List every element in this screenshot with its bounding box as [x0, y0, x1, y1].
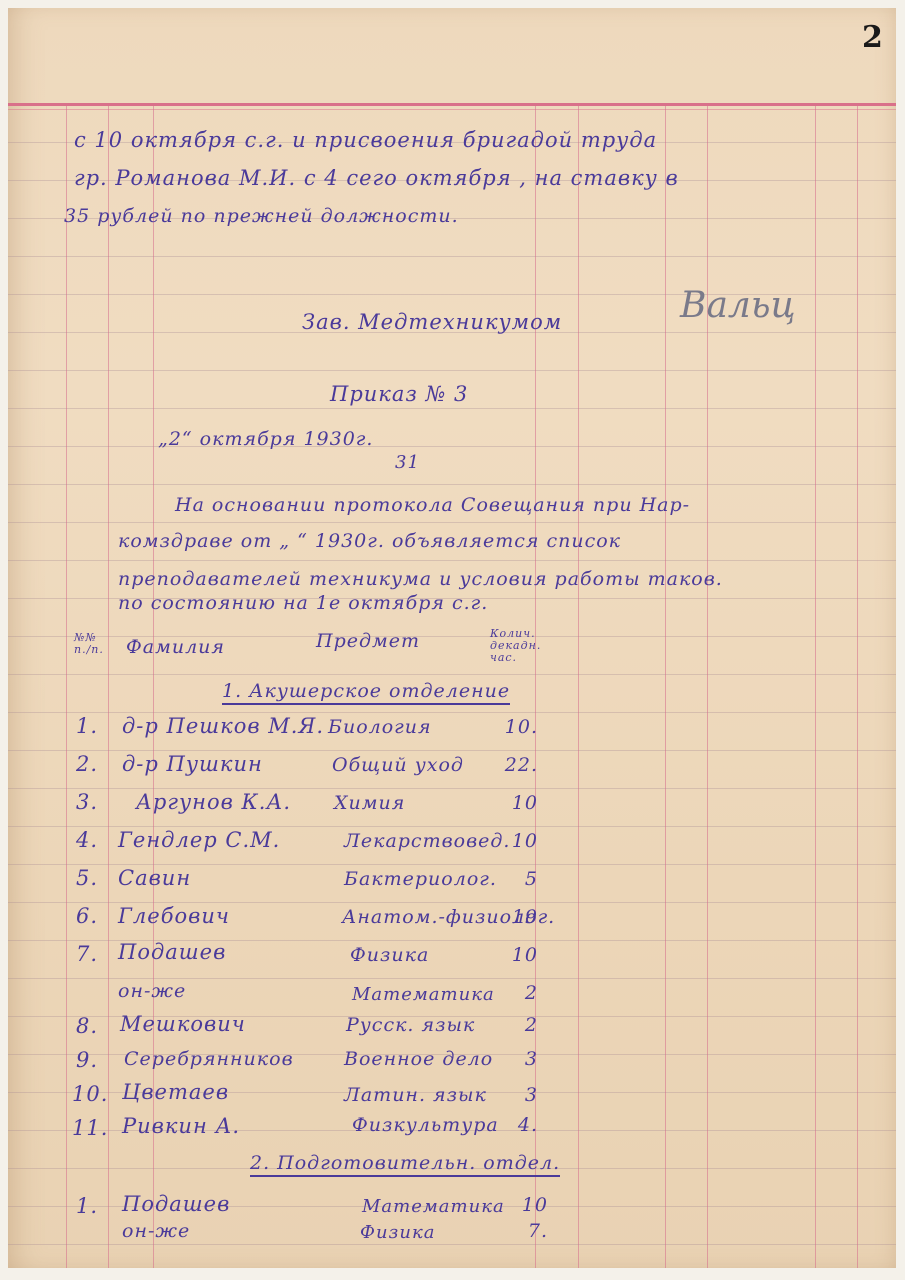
ruled-line — [8, 370, 896, 371]
row-subject: Общий уход — [332, 754, 464, 776]
ruled-line — [8, 788, 896, 789]
row-name: Ривкин А. — [122, 1114, 240, 1138]
row-number: 1. — [76, 714, 98, 738]
row-name: Глебович — [118, 904, 230, 928]
ruled-line — [8, 750, 896, 751]
row-hours: 2 — [498, 982, 538, 1004]
row-hours: 3 — [498, 1084, 538, 1106]
row-name: Подашев — [118, 940, 226, 964]
row-name: Мешкович — [120, 1012, 246, 1036]
row-subject: Физкультура — [352, 1114, 499, 1136]
ruled-line — [8, 712, 896, 713]
signature-title: Зав. Медтехникумом — [302, 310, 562, 334]
row-name: Гендлер С.М. — [118, 828, 280, 852]
ruled-line — [8, 560, 896, 561]
column-rule — [857, 106, 858, 1268]
column-rule — [815, 106, 816, 1268]
header-hours: Колич. декадн. час. — [490, 628, 550, 664]
row-subject: Военное дело — [344, 1048, 493, 1070]
row-subject: Химия — [334, 792, 405, 814]
continuation-line: 35 рублей по прежней должности. — [64, 205, 459, 227]
row-hours: 3 — [498, 1048, 538, 1070]
section-title: 2. Подготовительн. отдел. — [250, 1152, 560, 1177]
row-number: 3. — [76, 790, 98, 814]
row-hours: 7. — [508, 1220, 548, 1242]
section-title: 1. Акушерское отделение — [222, 680, 510, 705]
row-number: 5. — [76, 866, 98, 890]
header-rule — [8, 103, 896, 106]
row-subject: Физика — [360, 1222, 435, 1243]
column-rule — [578, 106, 579, 1268]
ruled-line — [8, 902, 896, 903]
row-subject: Математика — [352, 984, 495, 1005]
ruled-line — [8, 446, 896, 447]
row-subject: Физика — [350, 944, 429, 966]
header-subject: Предмет — [316, 630, 420, 652]
order-date: „2“ октября 1930г. — [158, 428, 373, 450]
ruled-line — [8, 522, 896, 523]
row-hours: 5 — [498, 868, 538, 890]
column-rule — [665, 106, 666, 1268]
row-number: 7. — [76, 942, 98, 966]
row-number: 9. — [76, 1048, 98, 1072]
row-name: Подашев — [122, 1192, 230, 1216]
row-subject: Биология — [328, 716, 432, 738]
row-name: Савин — [118, 866, 191, 890]
row-name: д-р Пушкин — [122, 752, 263, 776]
column-rule — [707, 106, 708, 1268]
header-rule-thin — [8, 109, 896, 110]
order-heading: Приказ № 3 — [330, 382, 468, 406]
continuation-line: с 10 октября с.г. и присвоения бригадой … — [74, 128, 657, 152]
continuation-line: гр. Романова М.И. с 4 сего октября , на … — [74, 166, 679, 190]
ruled-line — [8, 674, 896, 675]
row-name: д-р Пешков М.Я. — [122, 714, 324, 738]
row-hours: 2 — [498, 1014, 538, 1036]
row-number: 10. — [72, 1082, 108, 1106]
row-hours: 19 — [498, 906, 538, 928]
ruled-line — [8, 484, 896, 485]
row-hours: 4. — [498, 1114, 538, 1136]
row-name: Серебрянников — [124, 1048, 294, 1070]
page-number: 2 — [862, 20, 883, 55]
ruled-line — [8, 408, 896, 409]
order-annotation: 31 — [395, 452, 420, 473]
row-hours: 10 — [498, 792, 538, 814]
row-number: 11. — [72, 1116, 108, 1140]
row-subject: Бактериолог. — [344, 868, 497, 890]
row-number: 1. — [76, 1194, 98, 1218]
ruled-line — [8, 864, 896, 865]
ruled-line — [8, 256, 896, 257]
header-number: №№ п./п. — [74, 632, 110, 656]
ruled-line — [8, 1244, 896, 1245]
ruled-line — [8, 978, 896, 979]
order-body-line: преподавателей техникума и условия работ… — [118, 568, 723, 590]
signature: Вальц — [680, 285, 796, 326]
column-rule — [66, 106, 67, 1268]
order-body-line: На основании протокола Совещания при Нар… — [175, 494, 690, 516]
row-name: Цветаев — [122, 1080, 229, 1104]
row-subject: Русск. язык — [346, 1014, 475, 1036]
ruled-line — [8, 826, 896, 827]
row-hours: 22. — [498, 754, 538, 776]
row-name: он-же — [122, 1220, 190, 1242]
order-body-line: комздраве от „ “ 1930г. объявляется спис… — [118, 530, 621, 552]
row-number: 8. — [76, 1014, 98, 1038]
row-name: он-же — [118, 980, 186, 1002]
row-subject: Лекарствовед. — [344, 830, 510, 852]
row-hours: 10. — [498, 716, 538, 738]
header-surname: Фамилия — [126, 636, 225, 658]
row-hours: 10 — [498, 830, 538, 852]
row-number: 6. — [76, 904, 98, 928]
row-hours: 10 — [508, 1194, 548, 1216]
row-subject: Математика — [362, 1196, 505, 1217]
row-number: 2. — [76, 752, 98, 776]
row-number: 4. — [76, 828, 98, 852]
row-subject: Латин. язык — [344, 1084, 487, 1106]
row-name: Аргунов К.А. — [136, 790, 291, 814]
order-body-line: по состоянию на 1е октября с.г. — [118, 592, 488, 614]
row-hours: 10 — [498, 944, 538, 966]
